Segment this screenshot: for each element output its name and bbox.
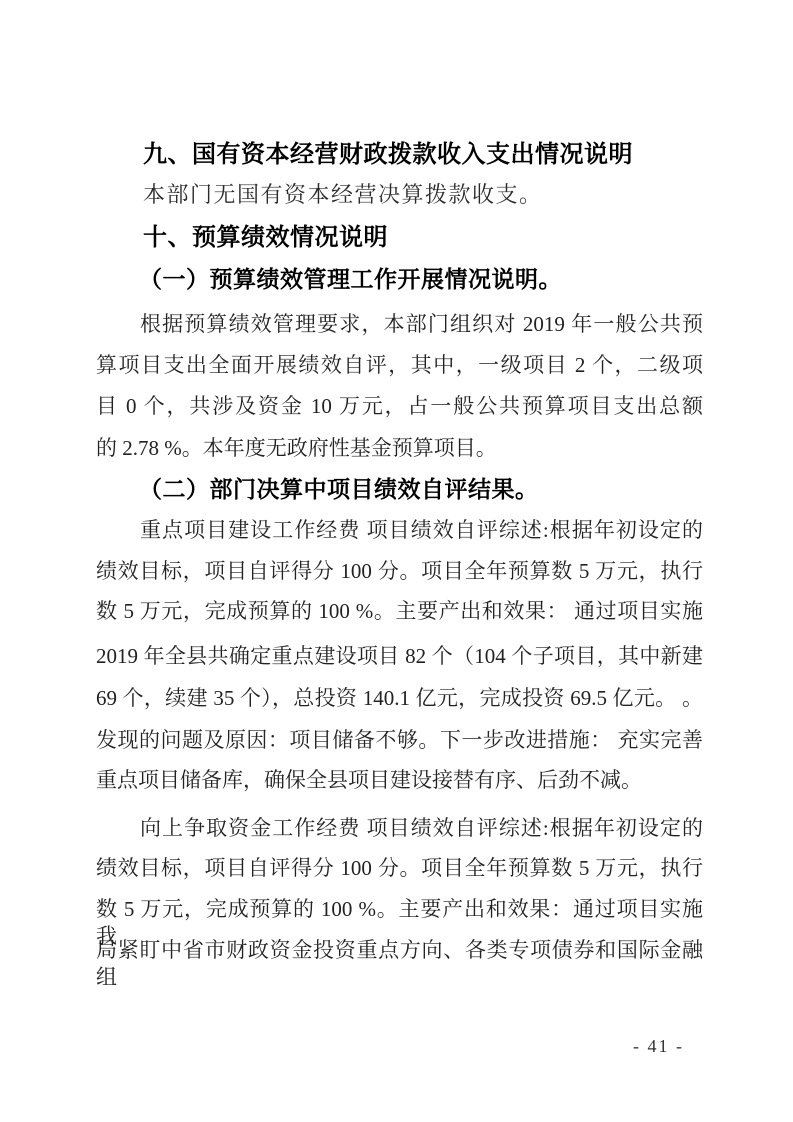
document-page: 九、国有资本经营财政拨款收入支出情况说明 本部门无国有资本经营决算拨款收支。 十… [0, 0, 793, 1122]
paragraph-no-soe-funds: 本部门无国有资本经营决算拨款收支。 [143, 182, 543, 207]
paragraph-line: 重点项目储备库，确保全县项目建设接替有序、后劲不减。 [96, 767, 642, 794]
paragraph-line: 2019 年全县共确定重点建设项目 82 个（104 个子项目，其中新建 [96, 643, 703, 670]
subheading-self-evaluation-results: （二）部门决算中项目绩效自评结果。 [139, 477, 539, 503]
page-number: - 41 - [633, 1036, 684, 1058]
paragraph-line: 重点项目建设工作经费 项目绩效自评综述:根据年初设定的 [140, 517, 703, 544]
paragraph-line: 数 5 万元，完成预算的 100 %。主要产出和效果： 通过项目实施 [96, 598, 703, 625]
paragraph-line: 目 0 个，共涉及资金 10 万元，占一般公共预算项目支出总额 [96, 393, 703, 420]
paragraph-line: 的 2.78 %。本年度无政府性基金预算项目。 [96, 435, 497, 462]
paragraph-line: 向上争取资金工作经费 项目绩效自评综述:根据年初设定的 [140, 815, 703, 842]
paragraph-line: 算项目支出全面开展绩效自评，其中，一级项目 2 个，二级项 [96, 352, 703, 379]
paragraph-line: 绩效目标，项目自评得分 100 分。项目全年预算数 5 万元，执行 [96, 558, 703, 585]
heading-section-ten: 十、预算绩效情况说明 [143, 224, 388, 252]
heading-section-nine: 九、国有资本经营财政拨款收入支出情况说明 [143, 141, 633, 169]
paragraph-line: 根据预算绩效管理要求，本部门组织对 2019 年一般公共预 [140, 311, 703, 338]
paragraph-line: 局紧盯中省市财政资金投资重点方向、各类专项债券和国际金融组 [96, 937, 703, 992]
paragraph-line: 发现的问题及原因：项目储备不够。下一步改进措施： 充实完善 [96, 727, 703, 754]
paragraph-line: 绩效目标，项目自评得分 100 分。项目全年预算数 5 万元，执行 [96, 855, 703, 882]
subheading-performance-management: （一）预算绩效管理工作开展情况说明。 [139, 267, 562, 293]
paragraph-line: 69 个，续建 35 个），总投资 140.1 亿元，完成投资 69.5 亿元。… [96, 685, 703, 712]
